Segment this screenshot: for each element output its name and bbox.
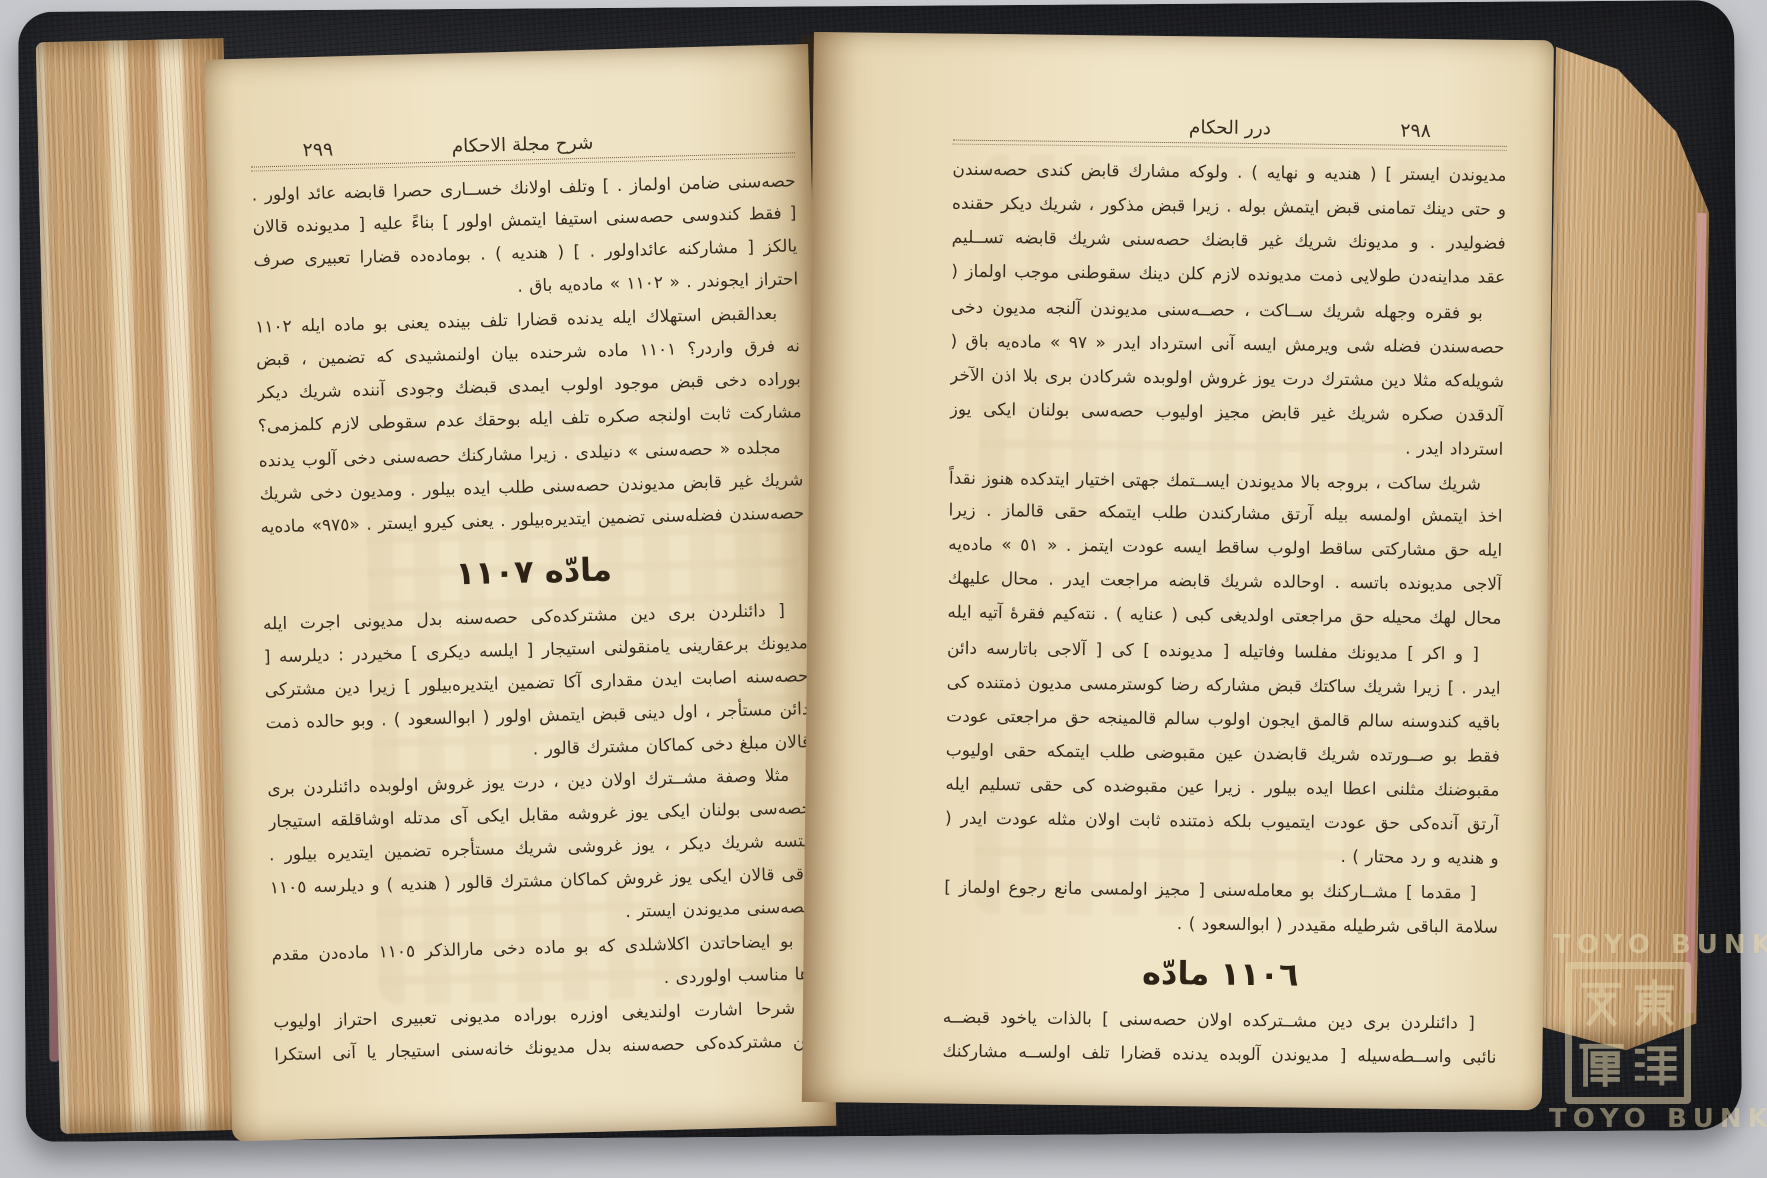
left-page-text-column: ٢٩٩ شرح مجلة الاحكام حصه‌سنى ضامن اولماز… [250,122,818,1075]
paragraph: [ دائنلردن برى دين مشتركده‌كى حصه‌سنه بد… [263,595,811,773]
paragraph: شرحا اشارت اولنديغى اوزره بوراده مديونى … [273,993,819,1073]
book-photo: { "colors": { "surface_gray": "#cdced2",… [0,0,1767,1178]
page-stack-right-edge [1540,47,1712,1053]
paragraph: [ دائنلردن برى دين مشــتركده اولان حصه‌س… [942,1002,1497,1076]
text-line: عقد مداينه‌دن طولايى ذمت مديونده لازم كل… [951,256,1505,296]
text-line: [ مقدما ] مشــاركنك بو معامله‌سنى [ مجيز… [944,871,1498,911]
text-line: استرداد ايدر . [949,428,1503,467]
paragraph: مجلده « حصه‌سنى » دنيلدى . زيرا مشاركنك … [258,432,804,545]
right-page: ٢٩٨ درر الحكام مديوندن ايستر ] ( هنديه و… [802,32,1554,1110]
paragraph: [ مقدما ] مشــاركنك بو معامله‌سنى [ مجيز… [944,871,1499,944]
article-heading: ١١٠٦ مادّه [943,946,1498,1002]
paragraph: بو ايضاحاتدن اكلاشلدى كه بو ماده دخى مار… [271,926,817,1005]
paragraph: حصه‌سنى ضامن اولماز . ] وتلف اولانك خســ… [251,166,798,310]
paragraph: مثلا وصفة مشــترك اولان دين ، درت يوز غر… [267,761,815,939]
text-line: محال لهك محيله حق مراجعتى اولديغى كبى ( … [947,597,1501,637]
paragraph: [ و اكر ] مديونك مفلسا وفاتيله [ مديونده… [945,633,1502,876]
paragraph: بو فقره وجهله شريك ســاكت ، حصــه‌سنى مد… [949,292,1505,467]
paragraph: بعدالقبض استهلاك ايله يدنده قضارا تلف بي… [255,298,802,444]
right-page-text-column: ٢٩٨ درر الحكام مديوندن ايستر ] ( هنديه و… [942,110,1507,1078]
page-header: ٢٩٨ درر الحكام [953,110,1507,144]
paragraph: مديوندن ايستر ] ( هنديه و نهايه ) . ولوك… [951,154,1507,296]
paragraph: شريك ساكت ، بروجه بالا مديوندن ايســتمك … [947,462,1503,637]
text-line: سلامة الباقى شرطيله مقيددر ( ابوالسعود )… [944,905,1498,944]
text-line: نائبى واســطه‌سيله [ مديوندن آلوبده يدند… [942,1036,1496,1076]
text-line: آلدقدن صكره شريك غير قابض مجيز اوليوب حص… [950,394,1504,434]
left-page: ٢٩٩ شرح مجلة الاحكام حصه‌سنى ضامن اولماز… [204,44,836,1141]
text-line: و هنديه و رد محتار ) . [945,837,1499,876]
header-title: درر الحكام [953,110,1507,149]
article-heading: مادّه ١١٠٧ [261,539,806,603]
